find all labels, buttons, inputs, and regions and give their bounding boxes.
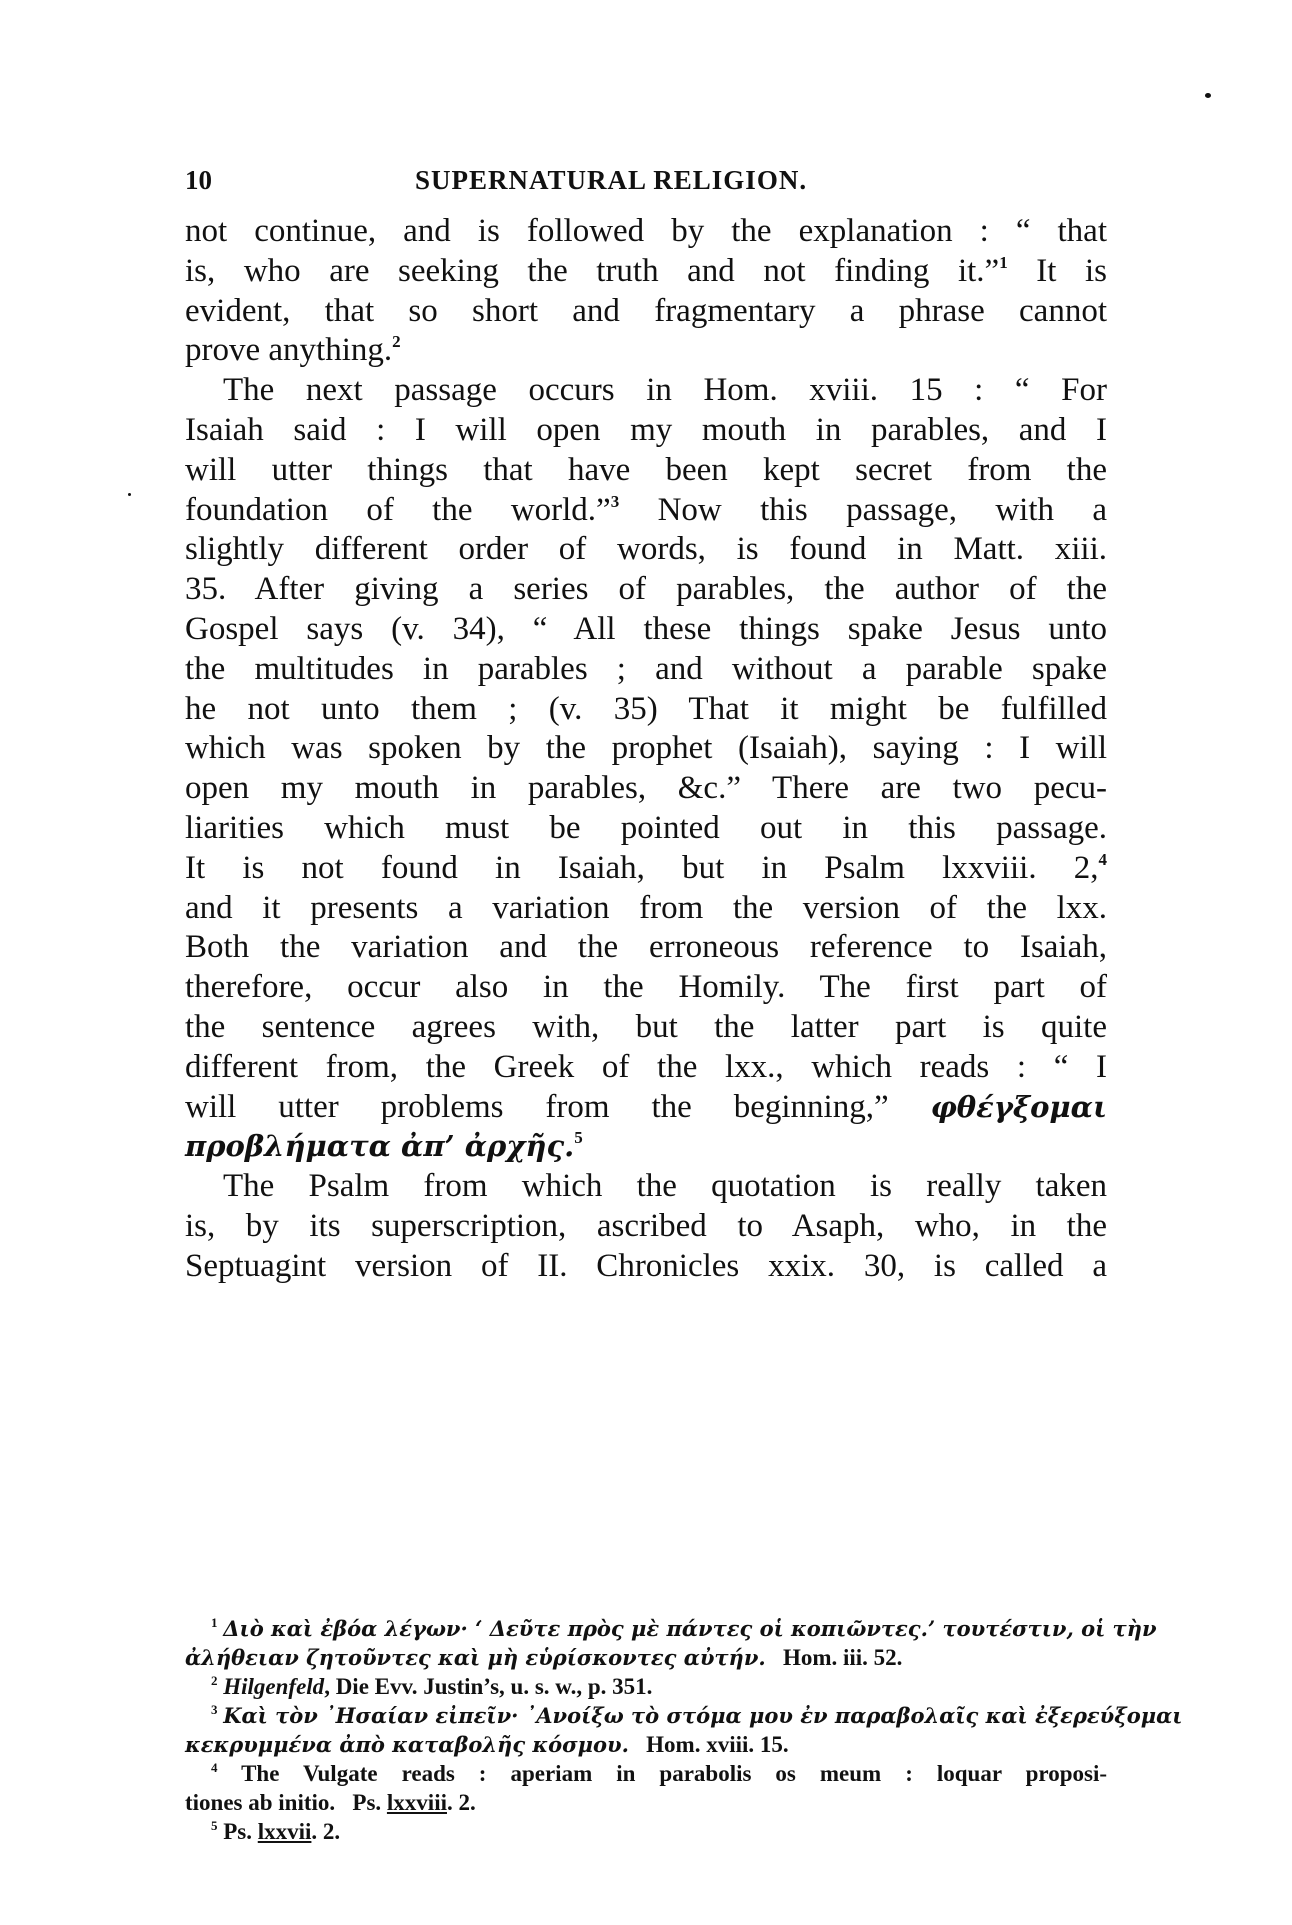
text-line: therefore, occur also in the Homily. The… — [185, 968, 1107, 1008]
text-line: not continue, and is followed by the exp… — [185, 212, 1107, 252]
main-text: not continue, and is followed by the exp… — [185, 212, 1107, 1287]
footnote-1: 1 Διὸ καὶ ἐβόα λέγων· ‘ Δεῦτε πρὸς μὲ πά… — [185, 1614, 1107, 1643]
text-line: Isaiah said : I will open my mouth in pa… — [185, 411, 1107, 451]
text-line: is, by its superscription, ascribed to A… — [185, 1207, 1107, 1247]
text-line: is, who are seeking the truth and not fi… — [185, 252, 1107, 292]
footnote-2: 2 Hilgenfeld, Die Evv. Justin’s, u. s. w… — [185, 1672, 1107, 1701]
running-title: SUPERNATURAL RELIGION. — [415, 165, 807, 196]
text-line: foundation of the world.”3 Now this pass… — [185, 491, 1107, 531]
text-line: he not unto them ; (v. 35) That it might… — [185, 690, 1107, 730]
footnote-4-cont: tiones ab initio. Ps. lxxviii. 2. — [185, 1788, 1107, 1817]
text-line: the sentence agrees with, but the latter… — [185, 1008, 1107, 1048]
speck-mark — [1205, 93, 1211, 98]
greek-text: προβλήματα ἀπ’ ἀρχῆς. — [185, 1129, 574, 1163]
text-line: which was spoken by the prophet (Isaiah)… — [185, 729, 1107, 769]
text-line: Gospel says (v. 34), “ All these things … — [185, 610, 1107, 650]
text-line: will utter problems from the beginning,”… — [185, 1088, 1107, 1128]
greek-text: κεκρυμμένα ἀπὸ καταβολῆς κόσμου. — [185, 1732, 629, 1757]
book-page: 10 SUPERNATURAL RELIGION. not continue, … — [0, 0, 1292, 1925]
greek-text: ἀλήθειαν ζητοῦντες καὶ μὴ εὑρίσκοντες αὐ… — [185, 1645, 766, 1670]
speck-mark — [128, 493, 131, 496]
footnote-ref-2[interactable]: 2 — [392, 332, 401, 351]
footnote-ref-4[interactable]: 4 — [1099, 850, 1108, 869]
text-line: The next passage occurs in Hom. xviii. 1… — [185, 371, 1107, 411]
text-line: Septuagint version of II. Chronicles xxi… — [185, 1247, 1107, 1287]
running-header: 10 SUPERNATURAL RELIGION. — [185, 165, 1107, 205]
text-line: will utter things that have been kept se… — [185, 451, 1107, 491]
text-line: liarities which must be pointed out in t… — [185, 809, 1107, 849]
footnote-ref-5[interactable]: 5 — [574, 1128, 583, 1147]
footnote-4: 4 The Vulgate reads : aperiam in parabol… — [185, 1759, 1107, 1788]
text-line: 35. After giving a series of parables, t… — [185, 570, 1107, 610]
text-line: open my mouth in parables, &c.” There ar… — [185, 769, 1107, 809]
footnote-1-cont: ἀλήθειαν ζητοῦντες καὶ μὴ εὑρίσκοντες αὐ… — [185, 1643, 1107, 1672]
footnote-3: 3 Καὶ τὸν ᾿Ησαίαν εἰπεῖν· ᾿Ανοίξω τὸ στό… — [185, 1701, 1107, 1730]
text-line: It is not found in Isaiah, but in Psalm … — [185, 849, 1107, 889]
greek-text: Διὸ καὶ ἐβόα λέγων· ‘ Δεῦτε πρὸς μὲ πάντ… — [223, 1616, 1156, 1641]
greek-text: Καὶ τὸν ᾿Ησαίαν εἰπεῖν· ᾿Ανοίξω τὸ στόμα… — [223, 1703, 1182, 1728]
text-line: The Psalm from which the quotation is re… — [185, 1167, 1107, 1207]
footnote-3-cont: κεκρυμμένα ἀπὸ καταβολῆς κόσμου. Hom. xv… — [185, 1730, 1107, 1759]
footnotes: 1 Διὸ καὶ ἐβόα λέγων· ‘ Δεῦτε πρὸς μὲ πά… — [185, 1614, 1107, 1846]
text-line: προβλήματα ἀπ’ ἀρχῆς.5 — [185, 1127, 1107, 1167]
text-line: evident, that so short and fragmentary a… — [185, 292, 1107, 332]
page-number: 10 — [185, 165, 212, 196]
text-line: prove anything.2 — [185, 331, 1107, 371]
footnote-ref-1[interactable]: 1 — [999, 253, 1008, 272]
text-line: the multitudes in parables ; and without… — [185, 650, 1107, 690]
text-line: Both the variation and the erroneous ref… — [185, 928, 1107, 968]
text-line: slightly different order of words, is fo… — [185, 530, 1107, 570]
text-line: different from, the Greek of the lxx., w… — [185, 1048, 1107, 1088]
footnote-5: 5 Ps. lxxvii. 2. — [185, 1817, 1107, 1846]
greek-text: φθέγξομαι — [931, 1090, 1107, 1124]
text-line: and it presents a variation from the ver… — [185, 889, 1107, 929]
footnote-ref-3[interactable]: 3 — [611, 492, 620, 511]
